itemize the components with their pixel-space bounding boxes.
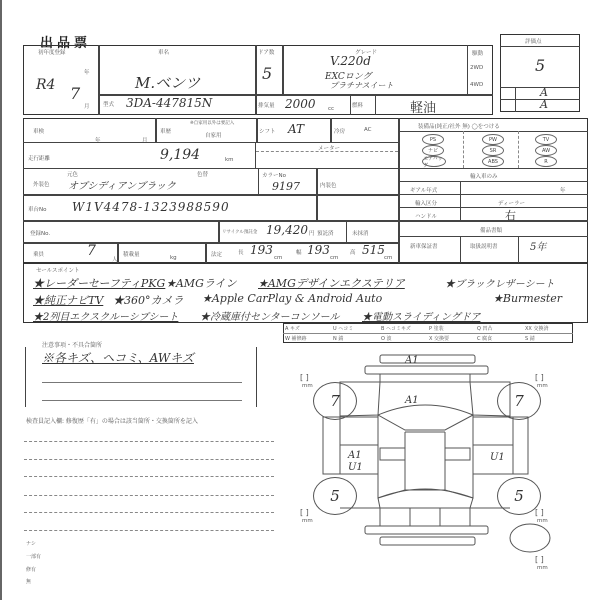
equipment-abs[interactable]: ABS: [482, 156, 504, 167]
exterior-score: A: [540, 98, 548, 111]
sales-point-7: ★Apple CarPlay & Android Auto: [202, 292, 382, 305]
mm-label-fl: mm: [302, 383, 313, 389]
unregistered-label: 未抹消: [352, 229, 369, 237]
import-row-label-2: 輸入区分: [415, 199, 437, 207]
sales-point-5: ★純正ナビTV: [33, 292, 103, 308]
tire-front-left: 7: [313, 382, 357, 420]
width-label: 幅: [296, 248, 302, 256]
chassis-value: W1V4478-1323988590: [72, 200, 230, 214]
hood-damage: A1: [405, 395, 419, 406]
mileage-unit: km: [225, 157, 234, 163]
color-no-label: カラーNo: [262, 171, 286, 179]
shift-value: AT: [288, 122, 304, 136]
damage-legend-item: X 交換要: [429, 335, 449, 342]
svg-text:[ ]: [ ]: [535, 555, 544, 564]
damage-legend-item: N 錆: [333, 335, 343, 342]
model-label: 型式: [103, 100, 114, 108]
damage-legend-item: O 波: [381, 335, 392, 342]
import-row-value-2: ディーラー: [498, 199, 525, 207]
damage-legend-item: A キズ: [285, 325, 300, 332]
tire-rear-right: 5: [497, 477, 541, 515]
recycle-value: 19,420: [266, 223, 308, 237]
damage-legend-item: P 塗装: [429, 325, 444, 332]
drive-label: 駆動: [472, 49, 483, 57]
footer-note-4: 無: [26, 578, 31, 585]
mileage-label: 走行距離: [28, 154, 50, 162]
year-unit: 年: [84, 68, 90, 76]
paperwork-label: 備品書類: [480, 226, 502, 234]
sales-point-10: ★冷蔵庫付センターコンソール: [200, 308, 339, 323]
drive-2wd[interactable]: 2WD: [470, 65, 483, 71]
damage-legend-item: S 錆: [525, 335, 535, 342]
damage-legend-item: W 補修跡: [285, 335, 307, 342]
exterior-color-label: 外装色: [33, 180, 50, 188]
paperwork-col-2: 取扱説明書: [470, 242, 498, 250]
first-registration-label: 初年度登録: [38, 48, 66, 56]
mm-label-rl: mm: [302, 518, 313, 524]
displacement-value: 2000: [285, 97, 316, 111]
mm-label-fr: mm: [537, 383, 548, 389]
fuel-label: 燃料: [352, 101, 363, 109]
damage-legend-item: U ヘコミ: [333, 325, 353, 332]
inspector-notes-label: 検査員記入欄: 修復歴「有」の場合は該当箇所・交換箇所を記入: [26, 416, 198, 425]
sales-point-9: ★2列目エクスクルーシブシート: [33, 308, 178, 323]
left-side-damage-2: U1: [348, 462, 363, 473]
length-unit: cm: [274, 255, 282, 261]
capacity-value: 7: [87, 243, 96, 259]
sales-point-4: ★ブラックレザーシート: [445, 275, 555, 290]
left-side-damage-1: A1: [348, 450, 362, 461]
score-label: 評価点: [525, 37, 542, 45]
equipment-pw[interactable]: PW: [482, 134, 504, 145]
first-registration-era: R4: [36, 77, 55, 93]
equipment-tv[interactable]: TV: [535, 134, 557, 145]
load-label: 積載量: [123, 250, 140, 258]
mm-label-spare: mm: [537, 565, 548, 571]
footer-note-3: 修有: [26, 566, 36, 573]
ac-value: AC: [364, 127, 372, 133]
capacity-label: 乗員: [33, 250, 44, 258]
import-only-label: 輸入車のみ: [470, 172, 498, 180]
equipment-label: 装備品(純正/社外 無) ◯をつける: [418, 122, 500, 130]
height-value: 515: [362, 243, 385, 257]
sales-point-6: ★360°カメラ: [113, 292, 184, 308]
recycle-label: リサイクル預託金: [222, 229, 257, 235]
mileage-value: 9,194: [160, 147, 200, 163]
height-label: 高: [350, 248, 356, 256]
month-unit: 月: [84, 102, 90, 110]
load-unit: kg: [170, 255, 177, 261]
registration-no-label: 登録No.: [30, 229, 50, 237]
ac-label: 冷房: [334, 127, 345, 135]
equipment-airbag[interactable]: エアバッグ: [422, 156, 446, 167]
tire-front-right: 7: [497, 382, 541, 420]
usage-label: 車歴: [160, 127, 171, 135]
width-value: 193: [307, 243, 330, 257]
sales-point-3: ★AMGデザインエクステリア: [258, 275, 405, 291]
equipment-aw[interactable]: AW: [535, 145, 557, 156]
color-no-value: 9197: [272, 180, 300, 193]
displacement-label: 排気量: [258, 101, 275, 109]
tire-rear-left: 5: [313, 477, 357, 515]
drive-4wd[interactable]: 4WD: [470, 82, 483, 88]
length-label: 長: [238, 248, 244, 256]
footer-note-2: 一部有: [26, 553, 41, 560]
inspection-label: 車検: [33, 127, 44, 135]
paperwork-value: 5年: [530, 238, 546, 253]
length-value: 193: [250, 243, 273, 257]
fuel-value: 軽油: [410, 97, 436, 116]
displacement-unit: cc: [328, 106, 334, 112]
recycle-unit: 円: [309, 229, 315, 237]
damage-legend-item: XX 交換済: [525, 325, 548, 332]
footer-note-1: ナシ: [26, 540, 36, 547]
shift-label: シフト: [259, 127, 276, 135]
svg-text:[ ]: [ ]: [535, 508, 544, 517]
damage-legend-item: B ヘコミキズ: [381, 325, 411, 332]
recycle-status: 預託済: [317, 229, 334, 237]
model-value: 3DA-447815N: [126, 96, 212, 110]
exterior-color-value: オブシディアンブラック: [68, 177, 176, 192]
first-registration-month: 7: [70, 84, 80, 103]
sales-point-11: ★電動スライディングドア: [362, 308, 480, 323]
right-side-damage: U1: [490, 452, 505, 463]
sales-point-2: ★AMGライン: [166, 275, 237, 291]
sales-points-label: セールスポイント: [36, 266, 80, 274]
interior-color-label: 内装色: [320, 181, 337, 189]
svg-text:[ ]: [ ]: [300, 508, 309, 517]
height-unit: cm: [384, 255, 392, 261]
sales-point-8: ★Burmester: [493, 292, 562, 305]
svg-text:[ ]: [ ]: [535, 373, 544, 382]
usage-sub: 自家用: [205, 131, 222, 139]
chassis-label: 車台No: [28, 205, 46, 213]
doors-label: ドア数: [258, 48, 274, 56]
damage-legend-item: Q 凹凸: [477, 325, 493, 332]
car-name-label: 車名: [158, 48, 169, 56]
score-value: 5: [535, 56, 545, 75]
car-name-value: M.ベンツ: [135, 72, 200, 93]
color-change-label: 色替: [197, 170, 208, 178]
svg-text:[ ]: [ ]: [300, 373, 309, 382]
dimensions-label: 法定: [211, 250, 222, 258]
paperwork-col-1: 新車保証書: [410, 242, 438, 250]
usage-note: ※自家用以外は要記入: [190, 120, 234, 126]
equipment-r[interactable]: R: [535, 156, 557, 167]
notes-value: ※各キズ、ヘコミ、AWキズ: [42, 349, 194, 366]
front-bumper-damage: A1: [405, 355, 419, 366]
grade-line-3: プラチナスイート: [330, 80, 394, 91]
import-row-label-3: ハンドル: [415, 212, 437, 220]
import-row-value-1: 年: [560, 186, 566, 194]
sales-point-1: ★レーダーセーフティPKG: [33, 275, 165, 291]
grade-line-1: V.220d: [330, 54, 371, 68]
equipment-sr[interactable]: SR: [482, 145, 504, 156]
import-row-label-1: ギアル年式: [410, 186, 437, 194]
damage-legend-item: C 腐食: [477, 335, 492, 342]
mm-label-rr: mm: [537, 518, 548, 524]
width-unit: cm: [330, 255, 338, 261]
equipment-ps[interactable]: PS: [422, 134, 444, 145]
doors-value: 5: [262, 64, 272, 83]
